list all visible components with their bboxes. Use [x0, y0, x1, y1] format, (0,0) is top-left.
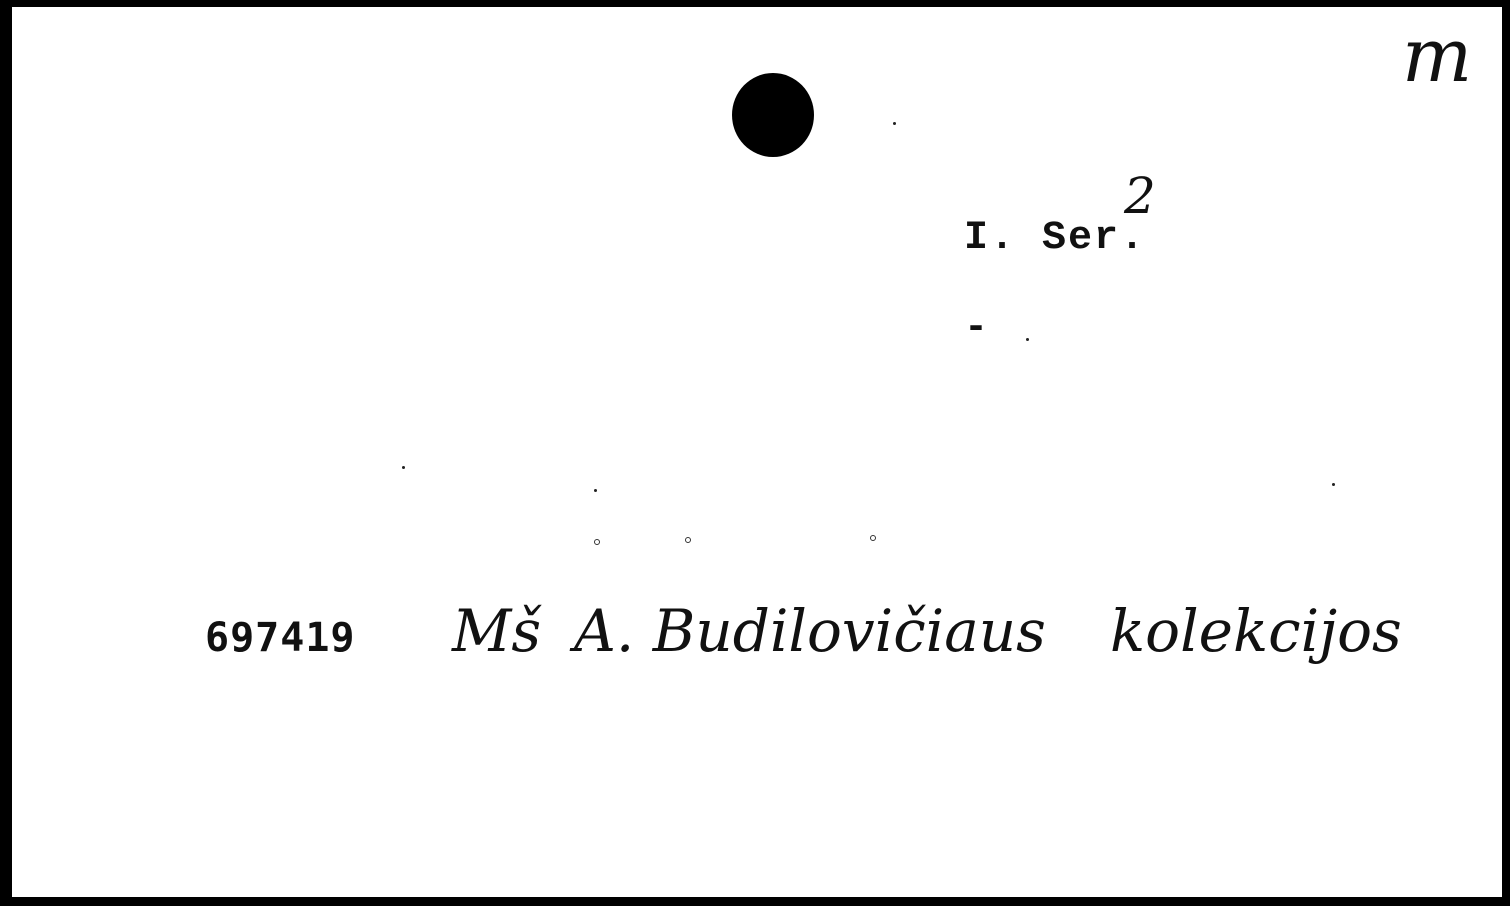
scan-speck — [893, 122, 896, 125]
handwritten-corner-mark: m — [1402, 19, 1472, 93]
handwritten-prefix: Mš — [452, 597, 541, 665]
scan-speck — [1026, 338, 1029, 341]
index-card: I. Ser. - 2 m 697419 Mš A. Budilovičiaus… — [12, 7, 1502, 897]
scan-speck — [594, 489, 597, 492]
series-dash: - — [964, 306, 990, 351]
series-number: 2 — [1124, 167, 1156, 225]
handwritten-collection: kolekcijos — [1110, 597, 1402, 665]
handwritten-name: A. Budilovičiaus — [574, 597, 1046, 665]
scan-speck — [685, 537, 691, 543]
punch-hole — [732, 73, 814, 157]
series-label: I. Ser. - — [860, 171, 1146, 396]
scan-speck — [1332, 483, 1335, 486]
scan-speck — [594, 539, 600, 545]
series-label-text: I. Ser. — [964, 216, 1146, 261]
scan-speck — [870, 535, 876, 541]
record-id: 697419 — [205, 615, 356, 661]
scan-speck — [402, 466, 405, 469]
